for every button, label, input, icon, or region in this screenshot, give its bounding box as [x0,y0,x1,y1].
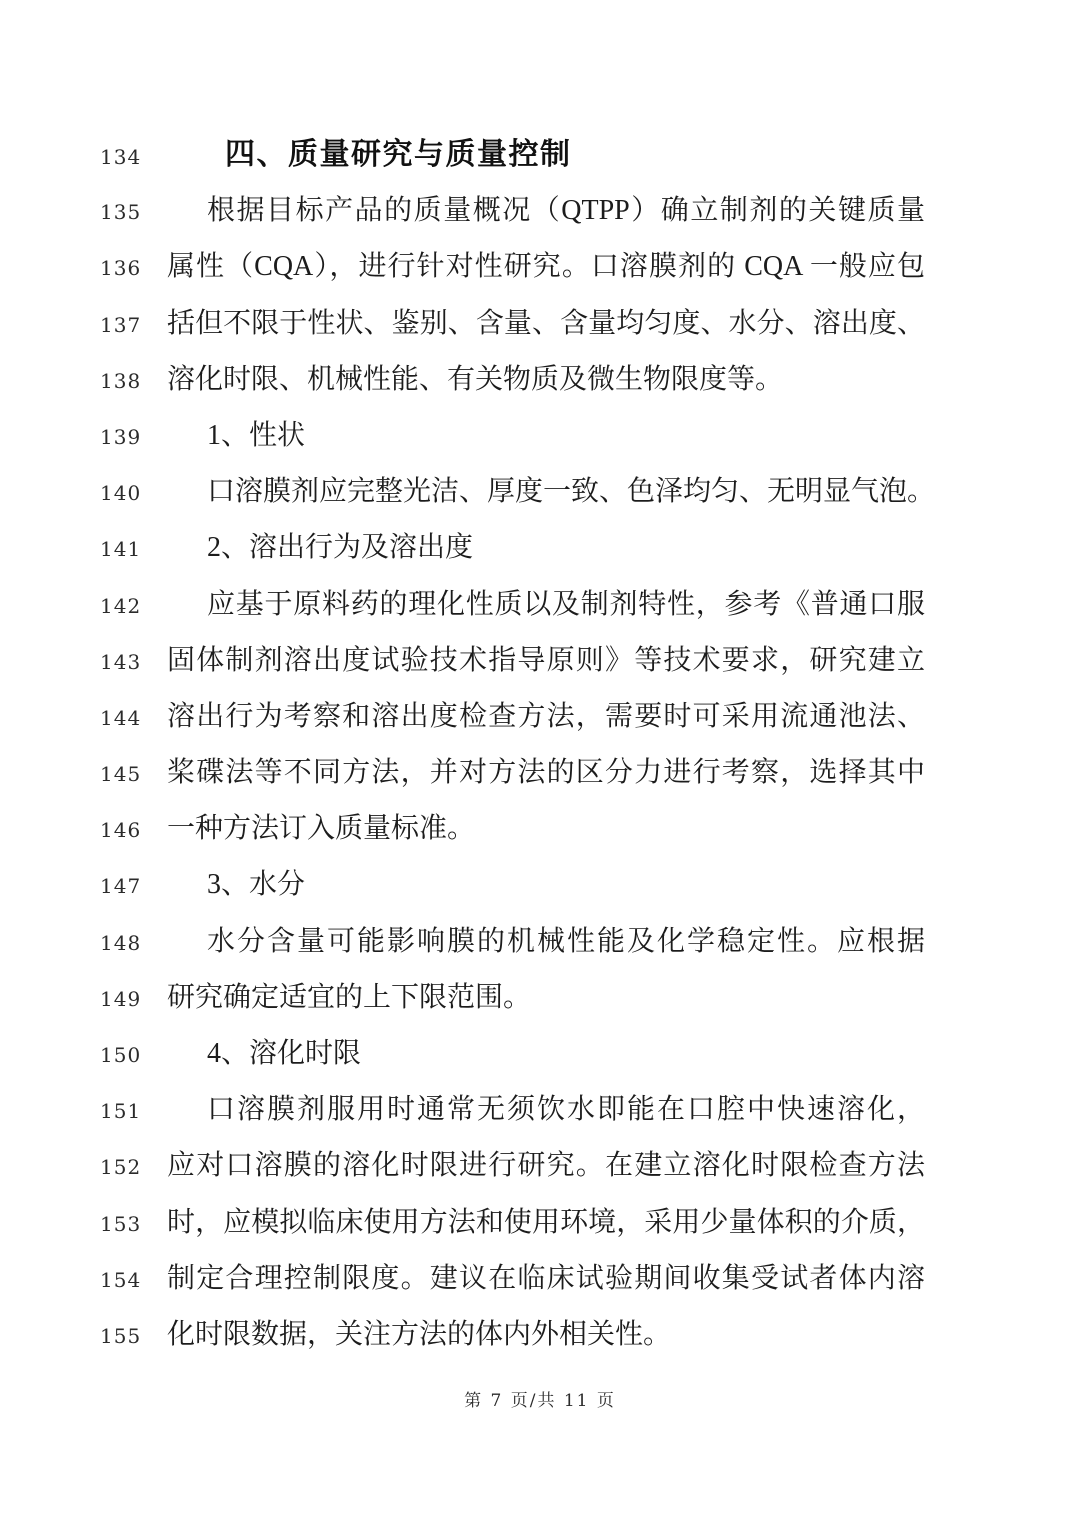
line-text: 1、性状 [167,408,925,464]
line-text: 制定合理控制限度。建议在临床试验期间收集受试者体内溶 [167,1251,925,1307]
document-line: 153 时，应模拟临床使用方法和使用环境，采用少量体积的介质， [0,1195,1080,1251]
line-number: 144 [100,690,163,746]
line-text: 口溶膜剂服用时通常无须饮水即能在口腔中快速溶化， [167,1082,925,1138]
line-number: 138 [100,353,163,409]
line-text: 水分含量可能影响膜的机械性能及化学稳定性。应根据 [167,914,925,970]
document-line: 154 制定合理控制限度。建议在临床试验期间收集受试者体内溶 [0,1251,1080,1307]
line-text: 应对口溶膜的溶化时限进行研究。在建立溶化时限检查方法 [167,1138,925,1194]
line-number: 143 [100,634,163,690]
document-line: 155 化时限数据，关注方法的体内外相关性。 [0,1307,1080,1363]
line-text: 固体制剂溶出度试验技术指导原则》等技术要求，研究建立 [167,633,925,689]
document-line: 137 括但不限于性状、鉴别、含量、含量均匀度、水分、溶出度、 [0,296,1080,352]
line-number: 148 [100,915,163,971]
line-number: 146 [100,802,163,858]
line-number: 135 [100,184,163,240]
document-line: 140 口溶膜剂应完整光洁、厚度一致、色泽均匀、无明显气泡。 [0,464,1080,520]
line-number: 139 [100,409,163,465]
line-number: 155 [100,1308,163,1364]
line-text: 3、水分 [167,857,925,913]
document-line: 145 桨碟法等不同方法，并对方法的区分力进行考察，选择其中 [0,745,1080,801]
document-line: 138 溶化时限、机械性能、有关物质及微生物限度等。 [0,352,1080,408]
page-footer: 第 7 页/共 11 页 [0,1386,1080,1411]
document-line: 148 水分含量可能影响膜的机械性能及化学稳定性。应根据 [0,914,1080,970]
document-line: 135 根据目标产品的质量概况（QTPP）确立制剂的关键质量 [0,183,1080,239]
line-number: 142 [100,578,163,634]
line-number: 141 [100,521,163,577]
line-number: 145 [100,746,163,802]
document-line: 144 溶出行为考察和溶出度检查方法，需要时可采用流通池法、 [0,689,1080,745]
document-line: 142 应基于原料药的理化性质以及制剂特性，参考《普通口服 [0,577,1080,633]
line-text: 四、质量研究与质量控制 [167,127,925,183]
document-line: 150 4、溶化时限 [0,1026,1080,1082]
line-text: 属性（CQA），进行针对性研究。口溶膜剂的 CQA 一般应包 [167,239,925,295]
line-list: 134 四、质量研究与质量控制 135 根据目标产品的质量概况（QTPP）确立制… [0,127,1080,1363]
document-line: 147 3、水分 [0,857,1080,913]
line-number: 153 [100,1196,163,1252]
line-number: 149 [100,971,163,1027]
document-line: 151 口溶膜剂服用时通常无须饮水即能在口腔中快速溶化， [0,1082,1080,1138]
document-line: 134 四、质量研究与质量控制 [0,127,1080,183]
document-line: 146 一种方法订入质量标准。 [0,801,1080,857]
line-text: 括但不限于性状、鉴别、含量、含量均匀度、水分、溶出度、 [167,296,925,352]
line-number: 137 [100,297,163,353]
line-number: 136 [100,240,163,296]
line-text: 口溶膜剂应完整光洁、厚度一致、色泽均匀、无明显气泡。 [167,464,925,520]
line-number: 154 [100,1252,163,1308]
document-line: 152 应对口溶膜的溶化时限进行研究。在建立溶化时限检查方法 [0,1138,1080,1194]
document-line: 139 1、性状 [0,408,1080,464]
line-number: 134 [100,129,163,185]
line-text: 一种方法订入质量标准。 [167,801,925,857]
line-number: 140 [100,465,163,521]
line-number: 152 [100,1139,163,1195]
line-text: 桨碟法等不同方法，并对方法的区分力进行考察，选择其中 [167,745,925,801]
line-text: 根据目标产品的质量概况（QTPP）确立制剂的关键质量 [167,183,925,239]
line-text: 溶化时限、机械性能、有关物质及微生物限度等。 [167,352,925,408]
line-text: 时，应模拟临床使用方法和使用环境，采用少量体积的介质， [167,1195,925,1251]
line-number: 151 [100,1083,163,1139]
line-text: 研究确定适宜的上下限范围。 [167,970,925,1026]
line-text: 溶出行为考察和溶出度检查方法，需要时可采用流通池法、 [167,689,925,745]
document-page: 134 四、质量研究与质量控制 135 根据目标产品的质量概况（QTPP）确立制… [0,0,1080,1527]
line-text: 化时限数据，关注方法的体内外相关性。 [167,1307,925,1363]
line-number: 150 [100,1027,163,1083]
document-line: 136 属性（CQA），进行针对性研究。口溶膜剂的 CQA 一般应包 [0,239,1080,295]
line-text: 4、溶化时限 [167,1026,925,1082]
line-text: 2、溶出行为及溶出度 [167,520,925,576]
document-line: 141 2、溶出行为及溶出度 [0,520,1080,576]
document-line: 149 研究确定适宜的上下限范围。 [0,970,1080,1026]
document-line: 143 固体制剂溶出度试验技术指导原则》等技术要求，研究建立 [0,633,1080,689]
line-number: 147 [100,858,163,914]
line-text: 应基于原料药的理化性质以及制剂特性，参考《普通口服 [167,577,925,633]
